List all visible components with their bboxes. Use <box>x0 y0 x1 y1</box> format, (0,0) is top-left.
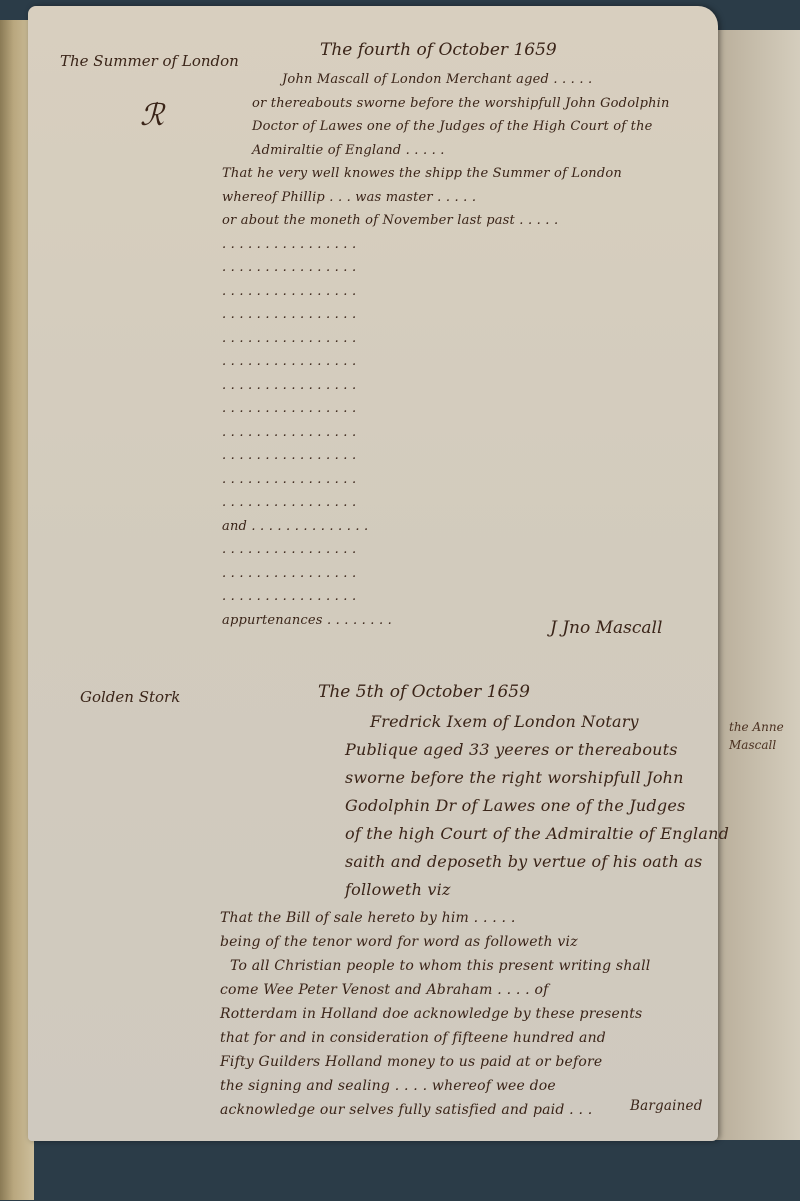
text-line: . . . . . . . . . . . . . . . . <box>222 566 356 581</box>
text-line: . . . . . . . . . . . . . . . . <box>222 495 356 510</box>
margin-note: Golden Stork <box>80 688 180 706</box>
text-line: or about the moneth of November last pas… <box>222 213 558 228</box>
text-line: that for and in consideration of fifteen… <box>220 1030 606 1046</box>
text-line: . . . . . . . . . . . . . . . . <box>222 425 356 440</box>
text-line: Doctor of Lawes one of the Judges of the… <box>252 119 653 134</box>
facing-page-text: Mascall <box>729 738 776 752</box>
facing-page: the Anne Mascall <box>712 30 800 1140</box>
text-line: . . . . . . . . . . . . . . . . <box>222 354 356 369</box>
text-line: of the high Court of the Admiraltie of E… <box>345 824 729 843</box>
text-line: . . . . . . . . . . . . . . . . <box>222 237 356 252</box>
text-line: come Wee Peter Venost and Abraham . . . … <box>220 982 548 998</box>
text-line: Rotterdam in Holland doe acknowledge by … <box>220 1006 642 1022</box>
facing-page-text: the Anne <box>729 720 784 734</box>
text-line: . . . . . . . . . . . . . . . . <box>222 448 356 463</box>
text-line: Admiraltie of England . . . . . <box>252 143 445 158</box>
margin-note: The Summer of London <box>60 52 239 70</box>
text-line: or thereabouts sworne before the worship… <box>252 96 670 111</box>
text-line: That he very well knowes the shipp the S… <box>222 166 622 181</box>
text-line: . . . . . . . . . . . . . . . . <box>222 542 356 557</box>
text-line: Publique aged 33 yeeres or thereabouts <box>345 740 678 759</box>
entry-date: The fourth of October 1659 <box>320 40 557 60</box>
text-line: . . . . . . . . . . . . . . . . <box>222 401 356 416</box>
text-line: sworne before the right worshipfull John <box>345 768 684 787</box>
text-line: . . . . . . . . . . . . . . . . <box>222 307 356 322</box>
text-line: followeth viz <box>345 880 451 899</box>
text-line: . . . . . . . . . . . . . . . . <box>222 589 356 604</box>
text-line: being of the tenor word for word as foll… <box>220 934 578 950</box>
text-line: acknowledge our selves fully satisfied a… <box>220 1102 592 1118</box>
text-line: Fifty Guilders Holland money to us paid … <box>220 1054 602 1070</box>
text-line: . . . . . . . . . . . . . . . . <box>222 260 356 275</box>
catchword: Bargained <box>630 1098 703 1114</box>
text-line: Fredrick Ixem of London Notary <box>370 712 639 731</box>
text-line: . . . . . . . . . . . . . . . . <box>222 284 356 299</box>
text-line: saith and deposeth by vertue of his oath… <box>345 852 702 871</box>
signature: J Jno Mascall <box>550 618 662 638</box>
text-line: . . . . . . . . . . . . . . . . <box>222 331 356 346</box>
text-line: the signing and sealing . . . . whereof … <box>220 1078 556 1094</box>
margin-mark: ℛ <box>140 98 164 133</box>
text-line: John Mascall of London Merchant aged . .… <box>282 72 592 87</box>
text-line: To all Christian people to whom this pre… <box>230 958 650 974</box>
text-line: . . . . . . . . . . . . . . . . <box>222 472 356 487</box>
text-line: . . . . . . . . . . . . . . . . <box>222 378 356 393</box>
text-line: That the Bill of sale hereto by him . . … <box>220 910 516 926</box>
text-line: appurtenances . . . . . . . . <box>222 613 392 628</box>
entry-date: The 5th of October 1659 <box>318 682 530 702</box>
text-line: and . . . . . . . . . . . . . . <box>222 519 368 534</box>
text-line: Godolphin Dr of Lawes one of the Judges <box>345 796 685 815</box>
text-line: whereof Phillip . . . was master . . . .… <box>222 190 476 205</box>
